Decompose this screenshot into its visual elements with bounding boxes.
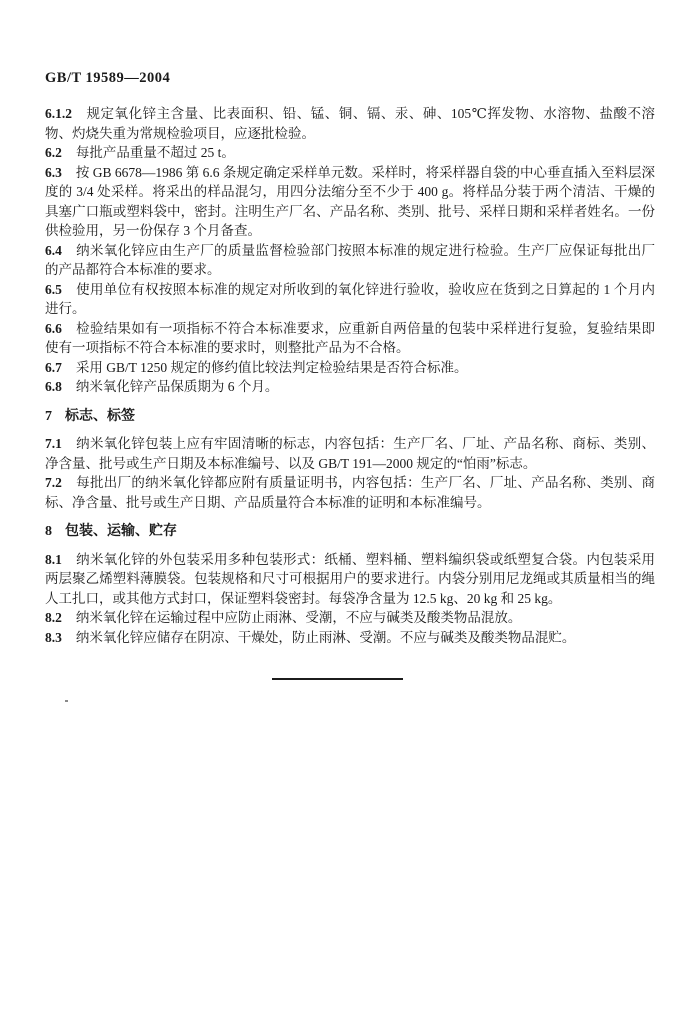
clause-text: 纳米氧化锌产品保质期为 6 个月。 [76,379,279,394]
section-8-heading: 8包装、运输、贮存 [45,522,655,542]
clause-text: 纳米氧化锌应储存在阴凉、干燥处，防止雨淋、受潮。不应与碱类及酸类物品混贮。 [76,630,576,645]
clause-number: 7.2 [45,475,62,490]
clause-number: 8.3 [45,630,62,645]
clause-6-1-2: 6.1.2规定氧化锌主含量、比表面积、铅、锰、铜、镉、汞、砷、105℃挥发物、水… [45,104,655,143]
section-number: 7 [45,409,52,424]
clause-number: 8.1 [45,552,62,567]
clause-text: 使用单位有权按照本标准的规定对所收到的氧化锌进行验收，验收应在货到之日算起的 1… [45,282,655,317]
section-title: 包装、运输、贮存 [65,524,177,539]
clause-number: 6.2 [45,145,62,160]
end-of-document-rule [272,678,403,680]
clause-text: 每批出厂的纳米氧化锌都应附有质量证明书，内容包括：生产厂名、厂址、产品名称、类别… [45,475,655,510]
standard-document-page: GB/T 19589—2004 6.1.2规定氧化锌主含量、比表面积、铅、锰、铜… [0,0,700,1014]
clause-8-3: 8.3纳米氧化锌应储存在阴凉、干燥处，防止雨淋、受潮。不应与碱类及酸类物品混贮。 [45,628,655,648]
clause-8-2: 8.2纳米氧化锌在运输过程中应防止雨淋、受潮，不应与碱类及酸类物品混放。 [45,608,655,628]
clause-6-2: 6.2每批产品重量不超过 25 t。 [45,143,655,163]
clause-number: 8.2 [45,610,62,625]
clause-6-8: 6.8纳米氧化锌产品保质期为 6 个月。 [45,377,655,397]
scan-artifact-dot [65,700,68,702]
clause-text: 纳米氧化锌的外包装采用多种包装形式：纸桶、塑料桶、塑料编织袋或纸塑复合袋。内包装… [45,552,655,606]
section-number: 8 [45,524,52,539]
section-title: 标志、标签 [65,409,135,424]
clause-text: 每批产品重量不超过 25 t。 [76,145,235,160]
clause-6-5: 6.5使用单位有权按照本标准的规定对所收到的氧化锌进行验收，验收应在货到之日算起… [45,280,655,319]
clause-text: 规定氧化锌主含量、比表面积、铅、锰、铜、镉、汞、砷、105℃挥发物、水溶物、盐酸… [45,106,655,141]
clause-number: 6.3 [45,165,62,180]
clause-6-3: 6.3按 GB 6678—1986 第 6.6 条规定确定采样单元数。采样时，将… [45,163,655,241]
clause-number: 6.4 [45,243,62,258]
doc-number-header: GB/T 19589—2004 [45,70,655,87]
clause-7-1: 7.1纳米氧化锌包装上应有牢固清晰的标志，内容包括：生产厂名、厂址、产品名称、商… [45,434,655,473]
clause-6-6: 6.6检验结果如有一项指标不符合本标准要求，应重新自两倍量的包装中采样进行复验，… [45,319,655,358]
clause-8-1: 8.1纳米氧化锌的外包装采用多种包装形式：纸桶、塑料桶、塑料编织袋或纸塑复合袋。… [45,550,655,609]
clause-text: 纳米氧化锌应由生产厂的质量监督检验部门按照本标准的规定进行检验。生产厂应保证每批… [45,243,655,278]
clause-text: 纳米氧化锌在运输过程中应防止雨淋、受潮，不应与碱类及酸类物品混放。 [76,610,522,625]
clause-number: 6.6 [45,321,62,336]
clause-number: 7.1 [45,436,62,451]
clause-number: 6.8 [45,379,62,394]
clause-text: 按 GB 6678—1986 第 6.6 条规定确定采样单元数。采样时，将采样器… [45,165,655,239]
document-body: GB/T 19589—2004 6.1.2规定氧化锌主含量、比表面积、铅、锰、铜… [45,70,655,680]
section-7-heading: 7标志、标签 [45,407,655,427]
clause-number: 6.1.2 [45,106,72,121]
clause-6-7: 6.7采用 GB/T 1250 规定的修约值比较法判定检验结果是否符合标准。 [45,358,655,378]
clause-text: 采用 GB/T 1250 规定的修约值比较法判定检验结果是否符合标准。 [76,360,468,375]
clause-number: 6.5 [45,282,62,297]
clause-7-2: 7.2每批出厂的纳米氧化锌都应附有质量证明书，内容包括：生产厂名、厂址、产品名称… [45,473,655,512]
clause-text: 纳米氧化锌包装上应有牢固清晰的标志，内容包括：生产厂名、厂址、产品名称、商标、类… [45,436,655,471]
clause-number: 6.7 [45,360,62,375]
clause-text: 检验结果如有一项指标不符合本标准要求，应重新自两倍量的包装中采样进行复验，复验结… [45,321,655,356]
clause-6-4: 6.4纳米氧化锌应由生产厂的质量监督检验部门按照本标准的规定进行检验。生产厂应保… [45,241,655,280]
